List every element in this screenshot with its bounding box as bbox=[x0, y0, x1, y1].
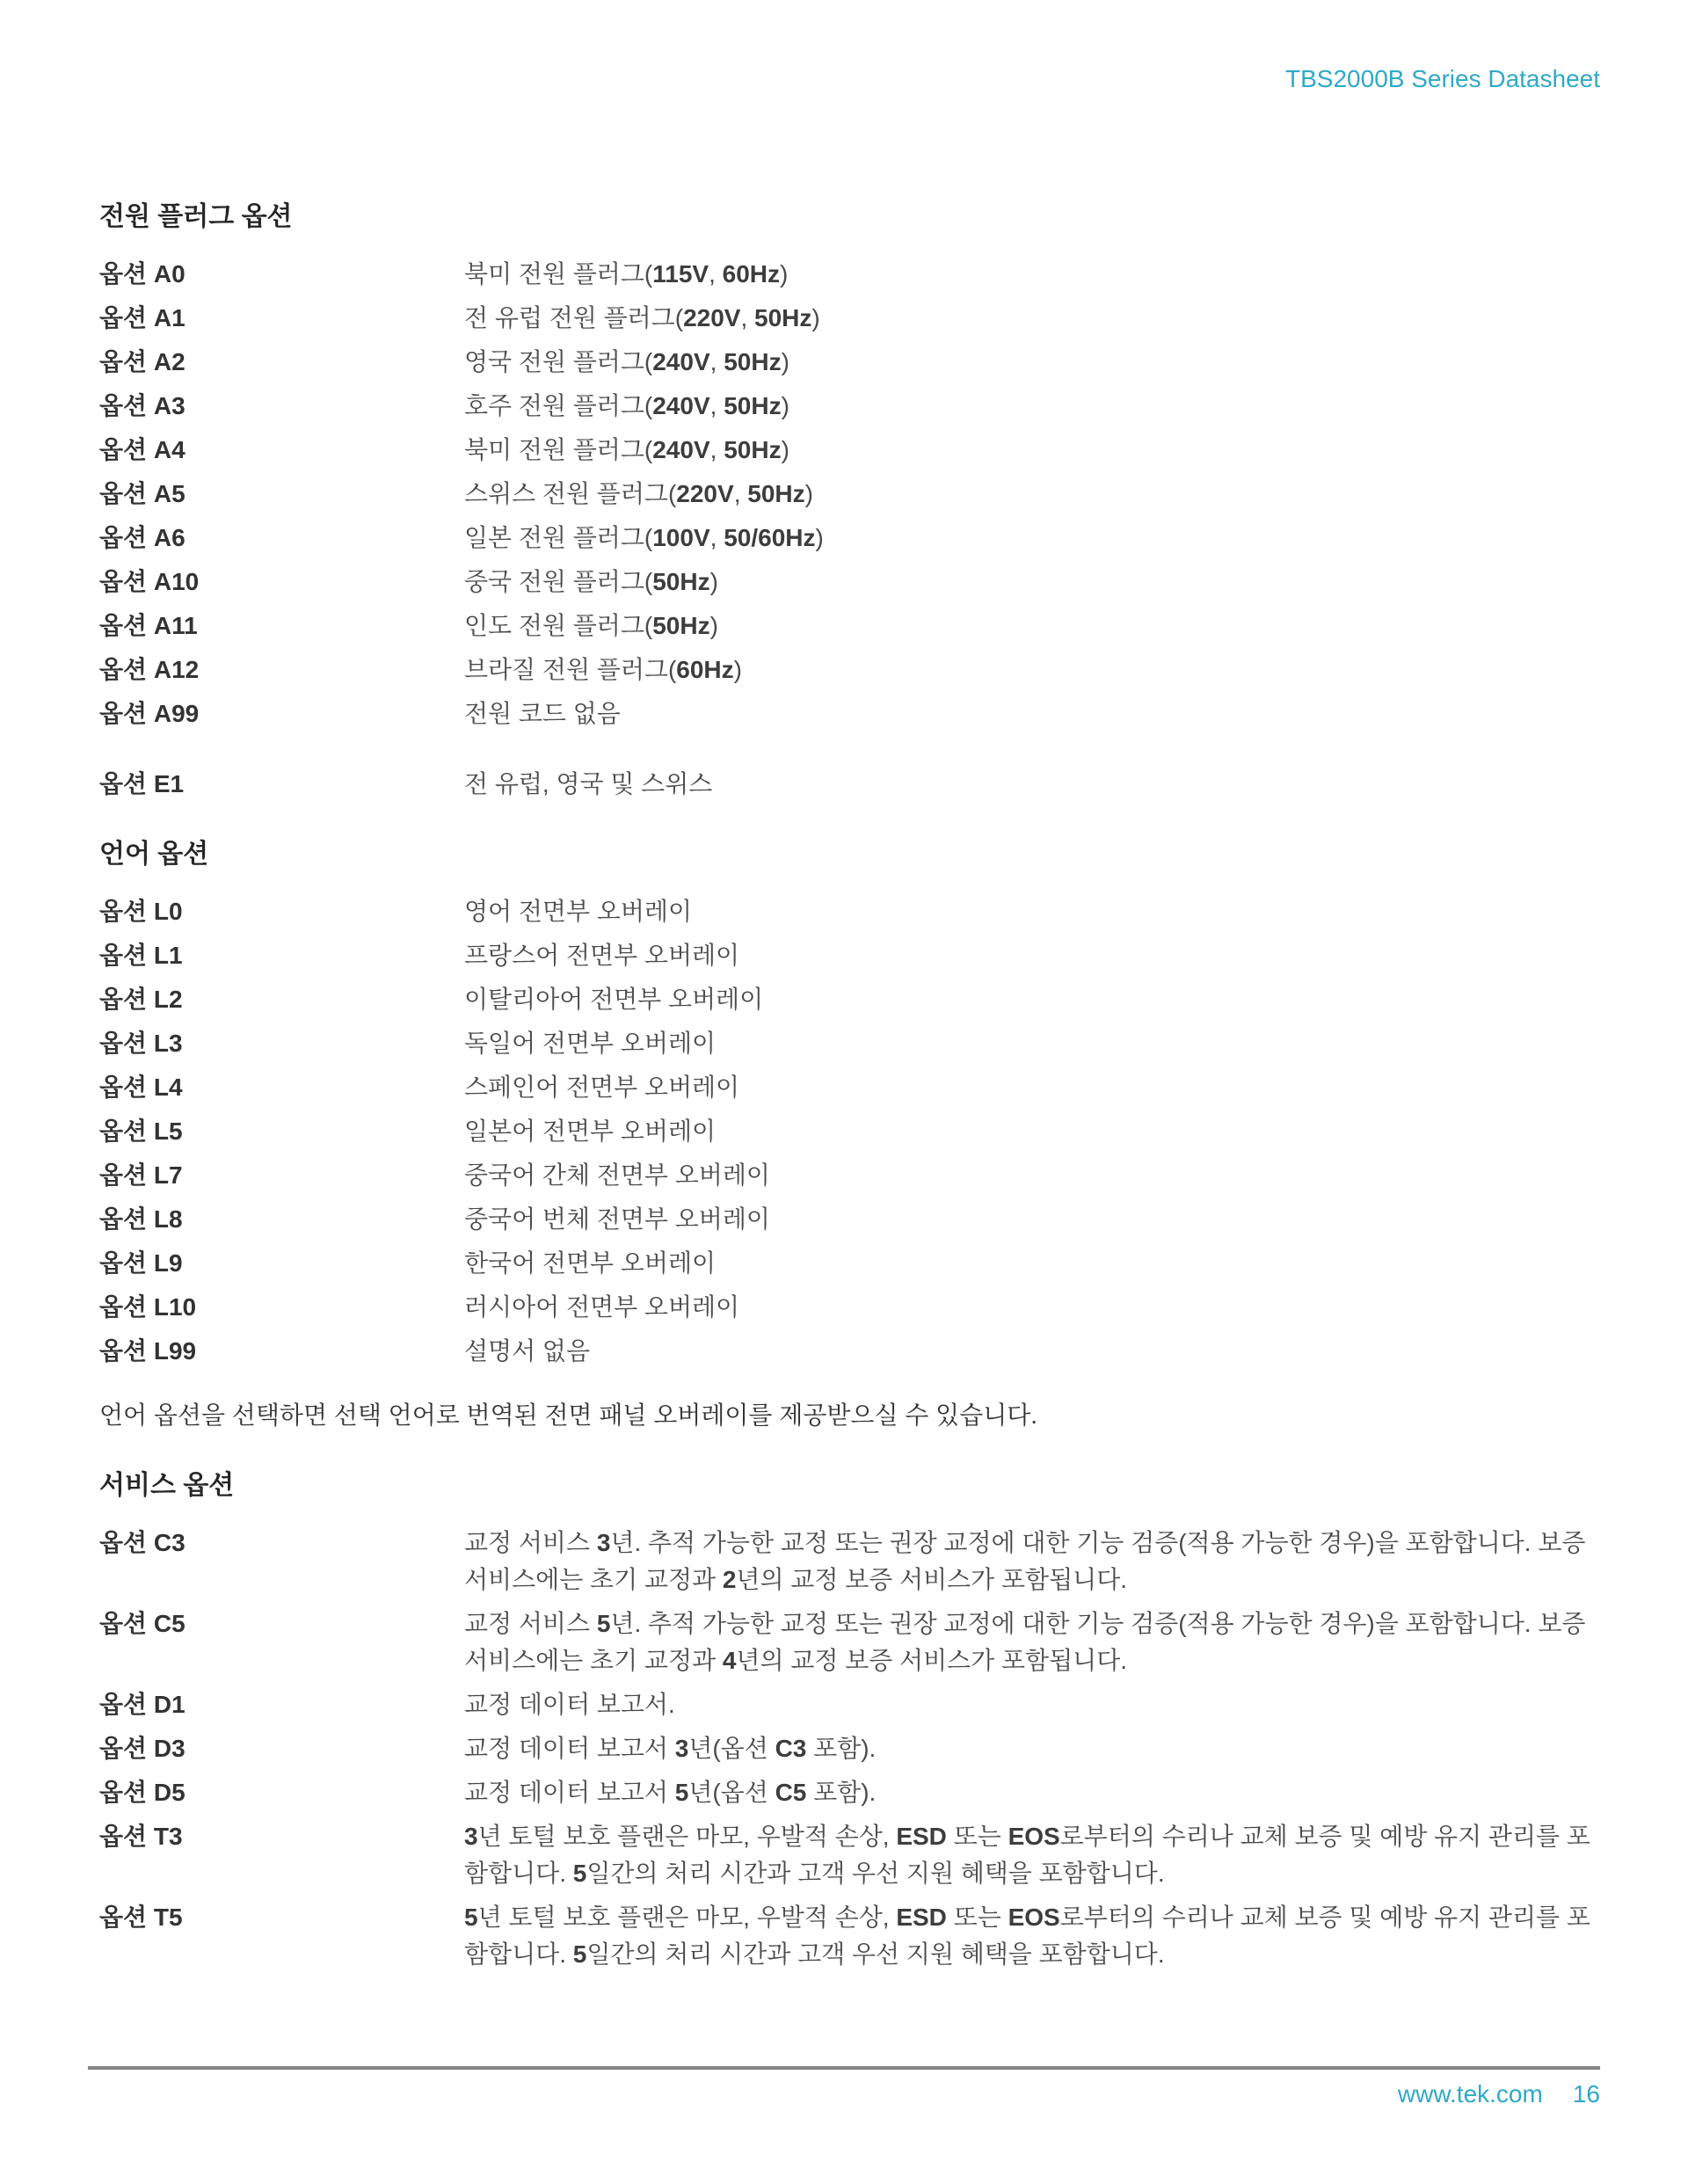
section-title-service-options: 서비스 옵션 bbox=[99, 1469, 1600, 1503]
option-description: 한국어 전면부 오버레이 bbox=[464, 1245, 1600, 1282]
option-description: 교정 데이터 보고서. bbox=[464, 1686, 1600, 1723]
section-title-power-plug-options: 전원 플러그 옵션 bbox=[99, 200, 1600, 234]
option-row: 옵션 T3 3년 토털 보호 플랜은 마모, 우발적 손상, ESD 또는 EO… bbox=[99, 1818, 1600, 1892]
option-code: 옵션 L8 bbox=[99, 1201, 464, 1238]
datasheet-page: TBS2000B Series Datasheet 전원 플러그 옵션 옵션 A… bbox=[0, 0, 1688, 2184]
section-language-options: 언어 옵션 옵션 L0 영어 전면부 오버레이 옵션 L1 프랑스어 전면부 오… bbox=[99, 838, 1600, 1434]
option-row: 옵션 L2 이탈리아어 전면부 오버레이 bbox=[99, 981, 1600, 1018]
option-row: 옵션 L1 프랑스어 전면부 오버레이 bbox=[99, 937, 1600, 974]
section-rows: 옵션 L0 영어 전면부 오버레이 옵션 L1 프랑스어 전면부 오버레이 옵션… bbox=[99, 893, 1600, 1370]
option-description: 전 유럽 전원 플러그(220V, 50Hz) bbox=[464, 300, 1600, 337]
option-row: 옵션 L3 독일어 전면부 오버레이 bbox=[99, 1025, 1600, 1062]
option-code: 옵션 A3 bbox=[99, 388, 464, 425]
option-description: 교정 서비스 5년. 추적 가능한 교정 또는 권장 교정에 대한 기능 검증(… bbox=[464, 1605, 1600, 1679]
option-code: 옵션 A99 bbox=[99, 695, 464, 732]
option-description: 중국어 번체 전면부 오버레이 bbox=[464, 1201, 1600, 1238]
option-description: 독일어 전면부 오버레이 bbox=[464, 1025, 1600, 1062]
option-row: 옵션 A12 브라질 전원 플러그(60Hz) bbox=[99, 652, 1600, 688]
footer-text: www.tek.com16 bbox=[88, 2080, 1600, 2108]
option-code: 옵션 L7 bbox=[99, 1157, 464, 1194]
option-row: 옵션 C5 교정 서비스 5년. 추적 가능한 교정 또는 권장 교정에 대한 … bbox=[99, 1605, 1600, 1679]
option-code: 옵션 L0 bbox=[99, 893, 464, 930]
option-code: 옵션 L9 bbox=[99, 1245, 464, 1282]
option-row: 옵션 D3 교정 데이터 보고서 3년(옵션 C3 포함). bbox=[99, 1730, 1600, 1767]
option-row: 옵션 L10 러시아어 전면부 오버레이 bbox=[99, 1289, 1600, 1326]
option-description: 북미 전원 플러그(240V, 50Hz) bbox=[464, 432, 1600, 469]
option-code: 옵션 L10 bbox=[99, 1289, 464, 1326]
language-option-note: 언어 옵션을 선택하면 선택 언어로 번역된 전면 패널 오버레이를 제공받으실… bbox=[99, 1397, 1600, 1434]
option-row: 옵션 T5 5년 토털 보호 플랜은 마모, 우발적 손상, ESD 또는 EO… bbox=[99, 1899, 1600, 1973]
option-description: 교정 데이터 보고서 5년(옵션 C5 포함). bbox=[464, 1774, 1600, 1811]
option-row: 옵션 L7 중국어 간체 전면부 오버레이 bbox=[99, 1157, 1600, 1194]
option-description: 3년 토털 보호 플랜은 마모, 우발적 손상, ESD 또는 EOS로부터의 … bbox=[464, 1818, 1600, 1892]
option-description: 전 유럽, 영국 및 스위스 bbox=[464, 766, 1600, 803]
option-description: 북미 전원 플러그(115V, 60Hz) bbox=[464, 256, 1600, 293]
option-description: 이탈리아어 전면부 오버레이 bbox=[464, 981, 1600, 1018]
option-row: 옵션 A6 일본 전원 플러그(100V, 50/60Hz) bbox=[99, 520, 1600, 557]
option-description: 스페인어 전면부 오버레이 bbox=[464, 1069, 1600, 1106]
option-code: 옵션 T3 bbox=[99, 1818, 464, 1855]
option-row: 옵션 L5 일본어 전면부 오버레이 bbox=[99, 1113, 1600, 1150]
option-description: 영어 전면부 오버레이 bbox=[464, 893, 1600, 930]
option-row: 옵션 L4 스페인어 전면부 오버레이 bbox=[99, 1069, 1600, 1106]
document-header-title: TBS2000B Series Datasheet bbox=[99, 65, 1600, 93]
option-code: 옵션 D5 bbox=[99, 1774, 464, 1811]
option-code: 옵션 A11 bbox=[99, 608, 464, 644]
section-rows: 옵션 A0 북미 전원 플러그(115V, 60Hz) 옵션 A1 전 유럽 전… bbox=[99, 256, 1600, 803]
option-row: 옵션 L8 중국어 번체 전면부 오버레이 bbox=[99, 1201, 1600, 1238]
option-code: 옵션 C3 bbox=[99, 1525, 464, 1562]
option-row: 옵션 A10 중국 전원 플러그(50Hz) bbox=[99, 564, 1600, 601]
option-code: 옵션 A12 bbox=[99, 652, 464, 688]
option-description: 일본 전원 플러그(100V, 50/60Hz) bbox=[464, 520, 1600, 557]
option-row: 옵션 A5 스위스 전원 플러그(220V, 50Hz) bbox=[99, 476, 1600, 513]
option-row: 옵션 L99 설명서 없음 bbox=[99, 1333, 1600, 1370]
option-code: 옵션 A4 bbox=[99, 432, 464, 469]
options-content: 전원 플러그 옵션 옵션 A0 북미 전원 플러그(115V, 60Hz) 옵션… bbox=[99, 200, 1600, 1973]
section-title-language-options: 언어 옵션 bbox=[99, 838, 1600, 871]
option-code: 옵션 T5 bbox=[99, 1899, 464, 1936]
option-code: 옵션 D1 bbox=[99, 1686, 464, 1723]
option-row: 옵션 C3 교정 서비스 3년. 추적 가능한 교정 또는 권장 교정에 대한 … bbox=[99, 1525, 1600, 1598]
option-code: 옵션 L2 bbox=[99, 981, 464, 1018]
option-description: 5년 토털 보호 플랜은 마모, 우발적 손상, ESD 또는 EOS로부터의 … bbox=[464, 1899, 1600, 1973]
option-code: 옵션 L5 bbox=[99, 1113, 464, 1150]
option-code: 옵션 L4 bbox=[99, 1069, 464, 1106]
option-row: 옵션 A0 북미 전원 플러그(115V, 60Hz) bbox=[99, 256, 1600, 293]
footer-divider bbox=[88, 2066, 1600, 2070]
option-description: 인도 전원 플러그(50Hz) bbox=[464, 608, 1600, 644]
option-description: 교정 데이터 보고서 3년(옵션 C3 포함). bbox=[464, 1730, 1600, 1767]
option-description: 프랑스어 전면부 오버레이 bbox=[464, 937, 1600, 974]
option-row: 옵션 A3 호주 전원 플러그(240V, 50Hz) bbox=[99, 388, 1600, 425]
option-description: 전원 코드 없음 bbox=[464, 695, 1600, 732]
option-code: 옵션 A10 bbox=[99, 564, 464, 601]
option-code: 옵션 A0 bbox=[99, 256, 464, 293]
option-code: 옵션 L1 bbox=[99, 937, 464, 974]
option-row: 옵션 A4 북미 전원 플러그(240V, 50Hz) bbox=[99, 432, 1600, 469]
option-description: 중국어 간체 전면부 오버레이 bbox=[464, 1157, 1600, 1194]
option-row: 옵션 A11 인도 전원 플러그(50Hz) bbox=[99, 608, 1600, 644]
option-code: 옵션 E1 bbox=[99, 766, 464, 803]
option-description: 교정 서비스 3년. 추적 가능한 교정 또는 권장 교정에 대한 기능 검증(… bbox=[464, 1525, 1600, 1598]
option-code: 옵션 A6 bbox=[99, 520, 464, 557]
option-row: 옵션 D1 교정 데이터 보고서. bbox=[99, 1686, 1600, 1723]
option-row: 옵션 E1 전 유럽, 영국 및 스위스 bbox=[99, 766, 1600, 803]
option-description: 중국 전원 플러그(50Hz) bbox=[464, 564, 1600, 601]
option-row: 옵션 A99 전원 코드 없음 bbox=[99, 695, 1600, 732]
footer-website-link[interactable]: www.tek.com bbox=[1398, 2080, 1543, 2108]
option-code: 옵션 A2 bbox=[99, 344, 464, 381]
page-number: 16 bbox=[1573, 2080, 1600, 2108]
section-rows: 옵션 C3 교정 서비스 3년. 추적 가능한 교정 또는 권장 교정에 대한 … bbox=[99, 1525, 1600, 1973]
option-row: 옵션 D5 교정 데이터 보고서 5년(옵션 C5 포함). bbox=[99, 1774, 1600, 1811]
option-code: 옵션 D3 bbox=[99, 1730, 464, 1767]
option-code: 옵션 L3 bbox=[99, 1025, 464, 1062]
page-footer: www.tek.com16 bbox=[88, 2066, 1600, 2108]
option-code: 옵션 A5 bbox=[99, 476, 464, 513]
option-description: 일본어 전면부 오버레이 bbox=[464, 1113, 1600, 1150]
option-description: 호주 전원 플러그(240V, 50Hz) bbox=[464, 388, 1600, 425]
option-code: 옵션 L99 bbox=[99, 1333, 464, 1370]
option-code: 옵션 A1 bbox=[99, 300, 464, 337]
option-description: 러시아어 전면부 오버레이 bbox=[464, 1289, 1600, 1326]
option-description: 설명서 없음 bbox=[464, 1333, 1600, 1370]
option-code: 옵션 C5 bbox=[99, 1605, 464, 1642]
option-row: 옵션 L9 한국어 전면부 오버레이 bbox=[99, 1245, 1600, 1282]
section-power-plug-options: 전원 플러그 옵션 옵션 A0 북미 전원 플러그(115V, 60Hz) 옵션… bbox=[99, 200, 1600, 803]
option-description: 스위스 전원 플러그(220V, 50Hz) bbox=[464, 476, 1600, 513]
option-description: 브라질 전원 플러그(60Hz) bbox=[464, 652, 1600, 688]
option-row: 옵션 L0 영어 전면부 오버레이 bbox=[99, 893, 1600, 930]
option-row: 옵션 A1 전 유럽 전원 플러그(220V, 50Hz) bbox=[99, 300, 1600, 337]
option-row: 옵션 A2 영국 전원 플러그(240V, 50Hz) bbox=[99, 344, 1600, 381]
option-description: 영국 전원 플러그(240V, 50Hz) bbox=[464, 344, 1600, 381]
section-service-options: 서비스 옵션 옵션 C3 교정 서비스 3년. 추적 가능한 교정 또는 권장 … bbox=[99, 1469, 1600, 1973]
